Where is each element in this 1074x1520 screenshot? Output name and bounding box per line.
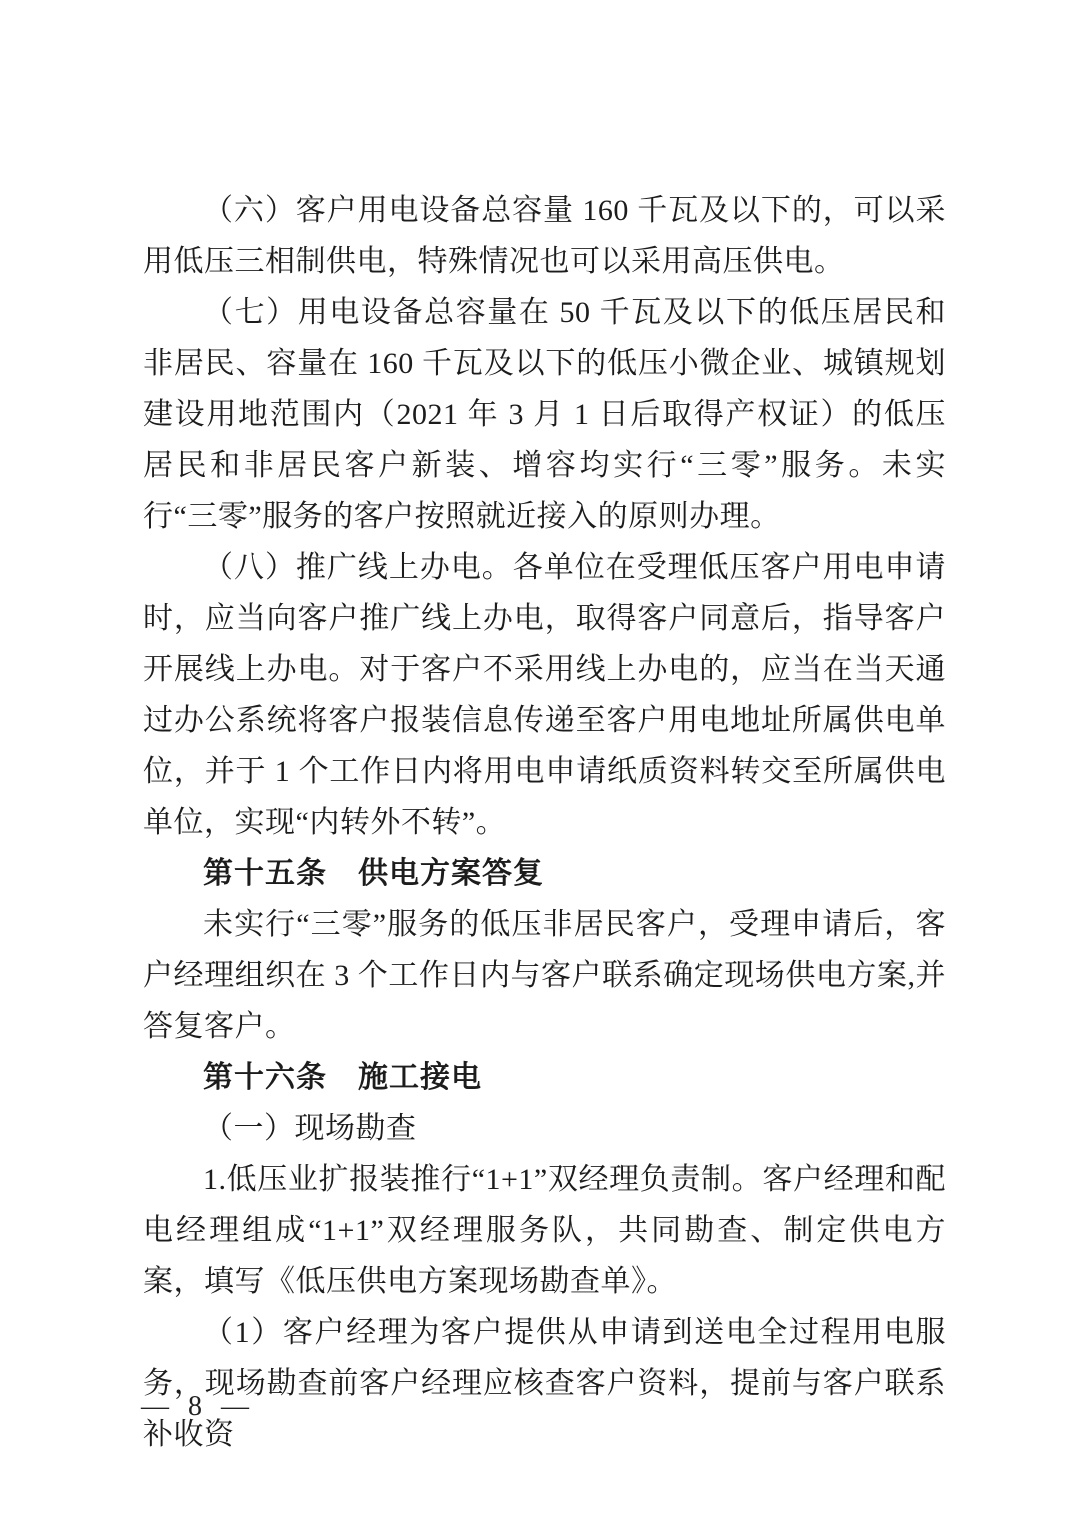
document-body: （六）客户用电设备总容量 160 千瓦及以下的，可以采用低压三相制供电，特殊情况… [143,185,946,1460]
paragraph-item-6: （六）客户用电设备总容量 160 千瓦及以下的，可以采用低压三相制供电，特殊情况… [143,185,946,287]
page-number: — 8 — [141,1390,255,1424]
paragraph-item-7: （七）用电设备总容量在 50 千瓦及以下的低压居民和非居民、容量在 160 千瓦… [143,287,946,542]
article-heading-15: 第十五条 供电方案答复 [143,848,946,899]
article-15-body: 未实行“三零”服务的低压非居民客户，受理申请后，客户经理组织在 3 个工作日内与… [143,899,946,1052]
article-heading-16: 第十六条 施工接电 [143,1052,946,1103]
paragraph-customer-manager: （1）客户经理为客户提供从申请到送电全过程用电服务，现场勘查前客户经理应核查客户… [143,1307,946,1460]
paragraph-dual-manager: 1.低压业扩报装推行“1+1”双经理负责制。客户经理和配电经理组成“1+1”双经… [143,1154,946,1307]
document-page: （六）客户用电设备总容量 160 千瓦及以下的，可以采用低压三相制供电，特殊情况… [0,0,1074,1520]
paragraph-item-8: （八）推广线上办电。各单位在受理低压客户用电申请时，应当向客户推广线上办电，取得… [143,542,946,848]
section-heading-site-survey: （一）现场勘查 [143,1103,946,1154]
